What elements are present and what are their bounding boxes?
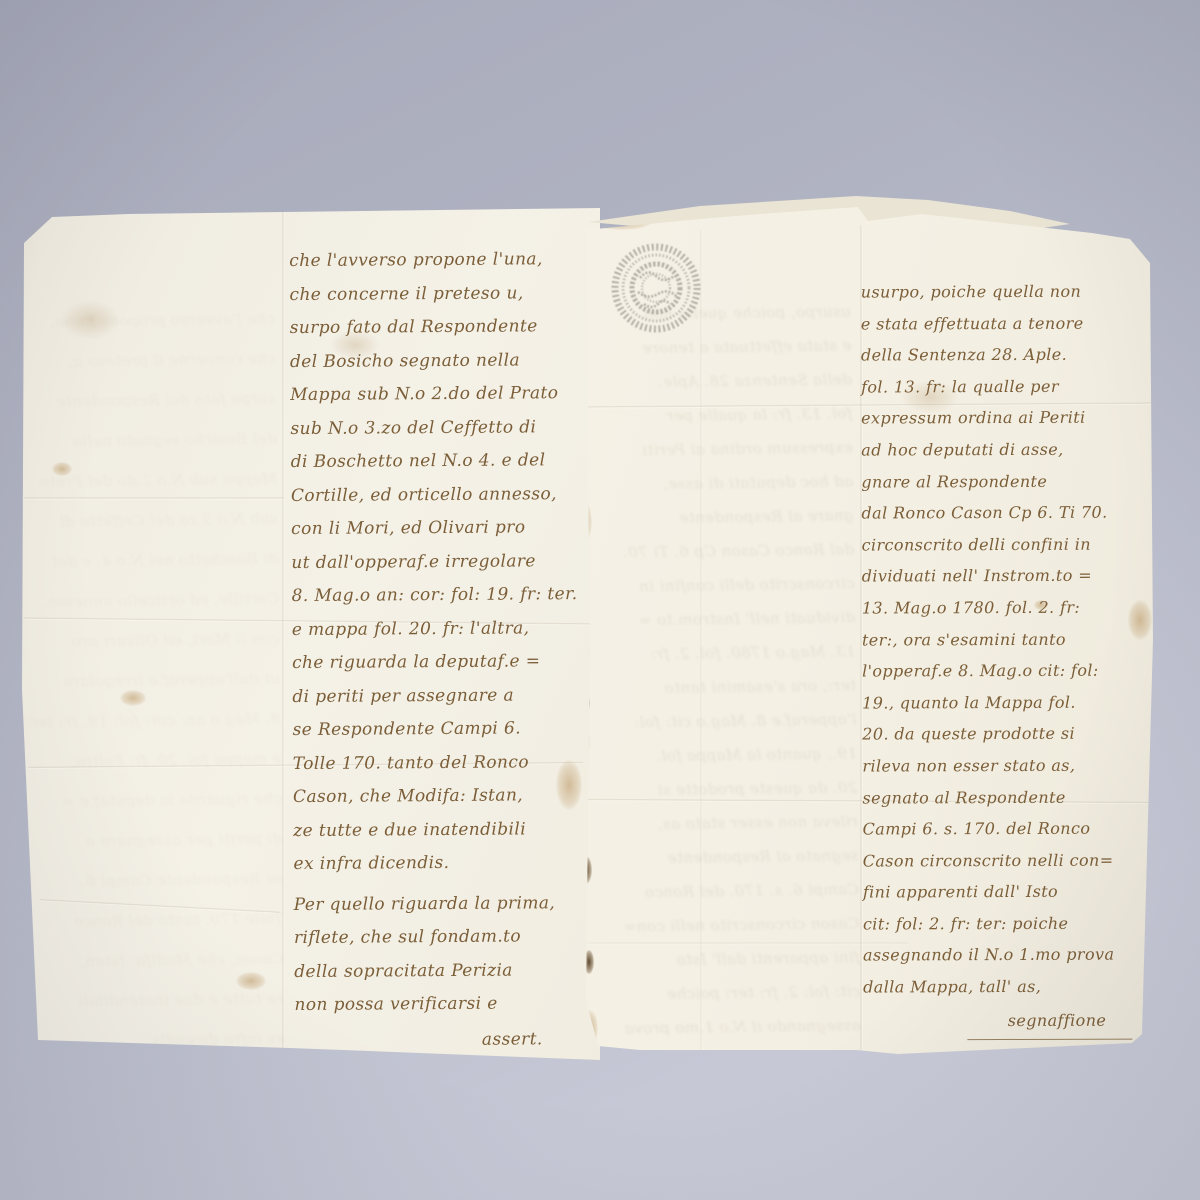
handwriting-line: che l'avverso propone l'una,: [55, 299, 276, 342]
handwriting-line: ter:, ora s'esamini tanto: [862, 623, 1157, 656]
bleed-through-text: che l'avverso propone l'una,che concerne…: [55, 299, 286, 1062]
handwriting-line: Cason, che Modifa: Istan,: [293, 779, 593, 815]
handwriting-line: del Bosicho segnato nella: [56, 418, 277, 461]
handwriting-line: ze tutte e due inatendibili: [293, 812, 593, 848]
photo-of-manuscript: che l'avverso propone l'una,che concerne…: [0, 0, 1200, 1200]
handwriting-line: Tolle 170. tanto del Ronco: [63, 898, 284, 941]
handwriting-line: fini apparenti dall' Isto: [610, 940, 860, 977]
handwriting-line: dalla Mappa, tall' as,: [611, 1042, 861, 1079]
handwriting-line: della Sentenza 28. Aple.: [602, 362, 852, 399]
handwriting-line: della Sentenza 28. Aple.: [861, 339, 1156, 372]
handwriting-line: ut dall'opperaf.e irregolare: [291, 544, 591, 580]
handwriting-line: che concerne il preteso u,: [55, 338, 276, 381]
handwriting-line: con li Mori, ed Olivari pro: [59, 618, 280, 661]
handwriting-line: dalla Mappa, tall' as,: [863, 971, 1158, 1004]
handwriting-line: Campi 6. s. 170. del Ronco: [609, 872, 859, 909]
handwriting-line: che riguarda la deputaf.e =: [61, 778, 282, 821]
handwriting-line: fol. 13. fr: la qualle per: [602, 396, 852, 433]
handwriting-line: ter:, ora s'esamini tanto: [606, 668, 856, 705]
left-page-paragraph: che l'avverso propone l'una,che concerne…: [289, 243, 593, 882]
left-page-paragraph: Per quello riguarda la prima,riflete, ch…: [294, 886, 595, 1022]
handwriting-line: di periti per assegnare a: [62, 818, 283, 861]
handwriting-line: ze tutte e due inatendibili: [64, 978, 285, 1021]
handwriting-line: assegnando il N.o 1.mo prova: [863, 939, 1158, 972]
handwriting-line: della sopracitata Perizia: [294, 953, 594, 989]
handwriting-line: riflete, che sul fondam.to: [294, 920, 594, 956]
handwriting-line: del Bosicho segnato nella: [290, 343, 590, 379]
handwriting-line: usurpo, poiche quella non: [861, 275, 1156, 308]
handwriting-line: Cortille, ed orticello annesso,: [59, 578, 280, 621]
handwriting-line: che concerne il preteso u,: [289, 276, 589, 312]
handwriting-line: Tolle 170. tanto del Ronco: [293, 745, 593, 781]
handwriting-line: e stata effettuata a tenore: [601, 328, 851, 365]
handwriting-line: 13. Mag.o 1780. fol. 2. fr:: [862, 591, 1157, 624]
handwriting-line: 19., quanto la Mappa fol.: [607, 736, 857, 773]
handwriting-line: expressum ordina ai Periti: [861, 402, 1156, 435]
handwriting-line: che l'avverso propone l'una,: [289, 243, 589, 279]
right-page-text-column: usurpo, poiche quella none stata effettu…: [861, 275, 1159, 1040]
handwriting-line: 20. da queste prodotte si: [607, 770, 857, 807]
handwriting-line: fol. 13. fr: la qualle per: [861, 370, 1156, 403]
handwriting-line: l'opperaf.e 8. Mag.o cit: fol:: [606, 702, 856, 739]
handwriting-line: che riguarda la deputaf.e =: [292, 645, 592, 681]
handwriting-line: sub N.o 3.zo del Ceffetto di: [57, 498, 278, 541]
handwriting-line: circonscrito delli confini in: [604, 566, 854, 603]
handwriting-line: ad hoc deputati di asse,: [861, 433, 1156, 466]
handwriting-line: con li Mori, ed Olivari pro: [291, 511, 591, 547]
handwriting-line: l'opperaf.e 8. Mag.o cit: fol:: [862, 655, 1157, 688]
handwriting-line: di periti per assegnare a: [292, 678, 592, 714]
handwriting-line: e mappa fol. 20. fr: l'altra,: [292, 611, 592, 647]
handwriting-line: dividuati nell' Instrom.to =: [862, 560, 1157, 593]
catchword: assert.: [295, 1022, 595, 1062]
handwriting-line: usurpo, poiche quella non: [601, 294, 851, 331]
handwriting-line: 8. Mag.o an: cor: fol: 19. fr: ter.: [60, 698, 281, 741]
handwriting-line: se Respondente Campi 6.: [63, 858, 284, 901]
handwriting-line: segnato al Respondente: [862, 781, 1157, 814]
left-page-text-column: che l'avverso propone l'una,che concerne…: [289, 243, 595, 1062]
handwriting-line: ut dall'opperaf.e irregolare: [60, 658, 281, 701]
handwriting-line: non possa verificarsi e: [294, 987, 594, 1023]
handwriting-line: ex infra dicendis.: [293, 846, 593, 882]
bleed-through-text: usurpo, poiche quella none stata effettu…: [601, 294, 862, 1079]
handwriting-line: di Boschetto nel N.o 4. e del: [291, 444, 591, 480]
handwriting-line: Cason circonscrito nelli con=: [863, 844, 1158, 877]
handwriting-line: gnare al Respondente: [603, 498, 853, 535]
handwriting-line: cit: fol: 2. fr: ter: poiche: [610, 974, 860, 1011]
handwriting-line: gnare al Respondente: [861, 465, 1156, 498]
right-page-paragraph: usurpo, poiche quella none stata effettu…: [861, 275, 1159, 1003]
handwriting-line: surpo fato dal Respondente: [290, 310, 590, 346]
handwriting-line: Mappa sub N.o 2.do del Prato: [57, 458, 278, 501]
handwriting-line: Cortille, ed orticello annesso,: [291, 477, 591, 513]
handwriting-line: di Boschetto nel N.o 4. e del: [58, 538, 279, 581]
handwriting-line: rileva non esser stato as,: [862, 749, 1157, 782]
handwriting-line: Per quello riguarda la prima,: [294, 886, 594, 922]
handwriting-line: ex infra dicendis.: [65, 1018, 286, 1061]
handwriting-line: expressum ordina ai Periti: [602, 430, 852, 467]
handwriting-line: e stata effettuata a tenore: [861, 307, 1156, 340]
handwriting-line: dal Ronco Cason Cp 6. Ti 70.: [861, 497, 1156, 530]
handwriting-line: circonscrito delli confini in: [862, 528, 1157, 561]
handwriting-line: 13. Mag.o 1780. fol. 2. fr:: [605, 634, 855, 671]
handwriting-line: se Respondente Campi 6.: [292, 712, 592, 748]
handwriting-line: dal Ronco Cason Cp 6. Ti 70.: [604, 532, 854, 569]
handwriting-line: dividuati nell' Instrom.to =: [605, 600, 855, 637]
handwriting-line: Campi 6. s. 170. del Ronco: [863, 813, 1158, 846]
handwriting-line: 19., quanto la Mappa fol.: [862, 686, 1157, 719]
handwriting-line: sub N.o 3.zo del Ceffetto di: [290, 410, 590, 446]
handwriting-line: surpo fato dal Respondente: [56, 378, 277, 421]
handwriting-line: assegnando il N.o 1.mo prova: [611, 1008, 861, 1045]
handwriting-line: segnato al Respondente: [608, 838, 858, 875]
handwriting-line: fini apparenti dall' Isto: [863, 876, 1158, 909]
handwriting-line: rileva non esser stato as,: [608, 804, 858, 841]
handwriting-line: Cason, che Modifa: Istan,: [64, 938, 285, 981]
handwriting-line: ad hoc deputati di asse,: [603, 464, 853, 501]
catchword: segnaffione: [863, 1004, 1158, 1041]
handwriting-line: 8. Mag.o an: cor: fol: 19. fr: ter.: [291, 578, 591, 614]
handwriting-line: cit: fol: 2. fr: ter: poiche: [863, 907, 1158, 940]
handwriting-line: 20. da queste prodotte si: [862, 718, 1157, 751]
handwriting-line: Mappa sub N.o 2.do del Prato: [290, 377, 590, 413]
handwriting-line: Cason circonscrito nelli con=: [609, 906, 859, 943]
handwriting-line: e mappa fol. 20. fr: l'altra,: [61, 738, 282, 781]
